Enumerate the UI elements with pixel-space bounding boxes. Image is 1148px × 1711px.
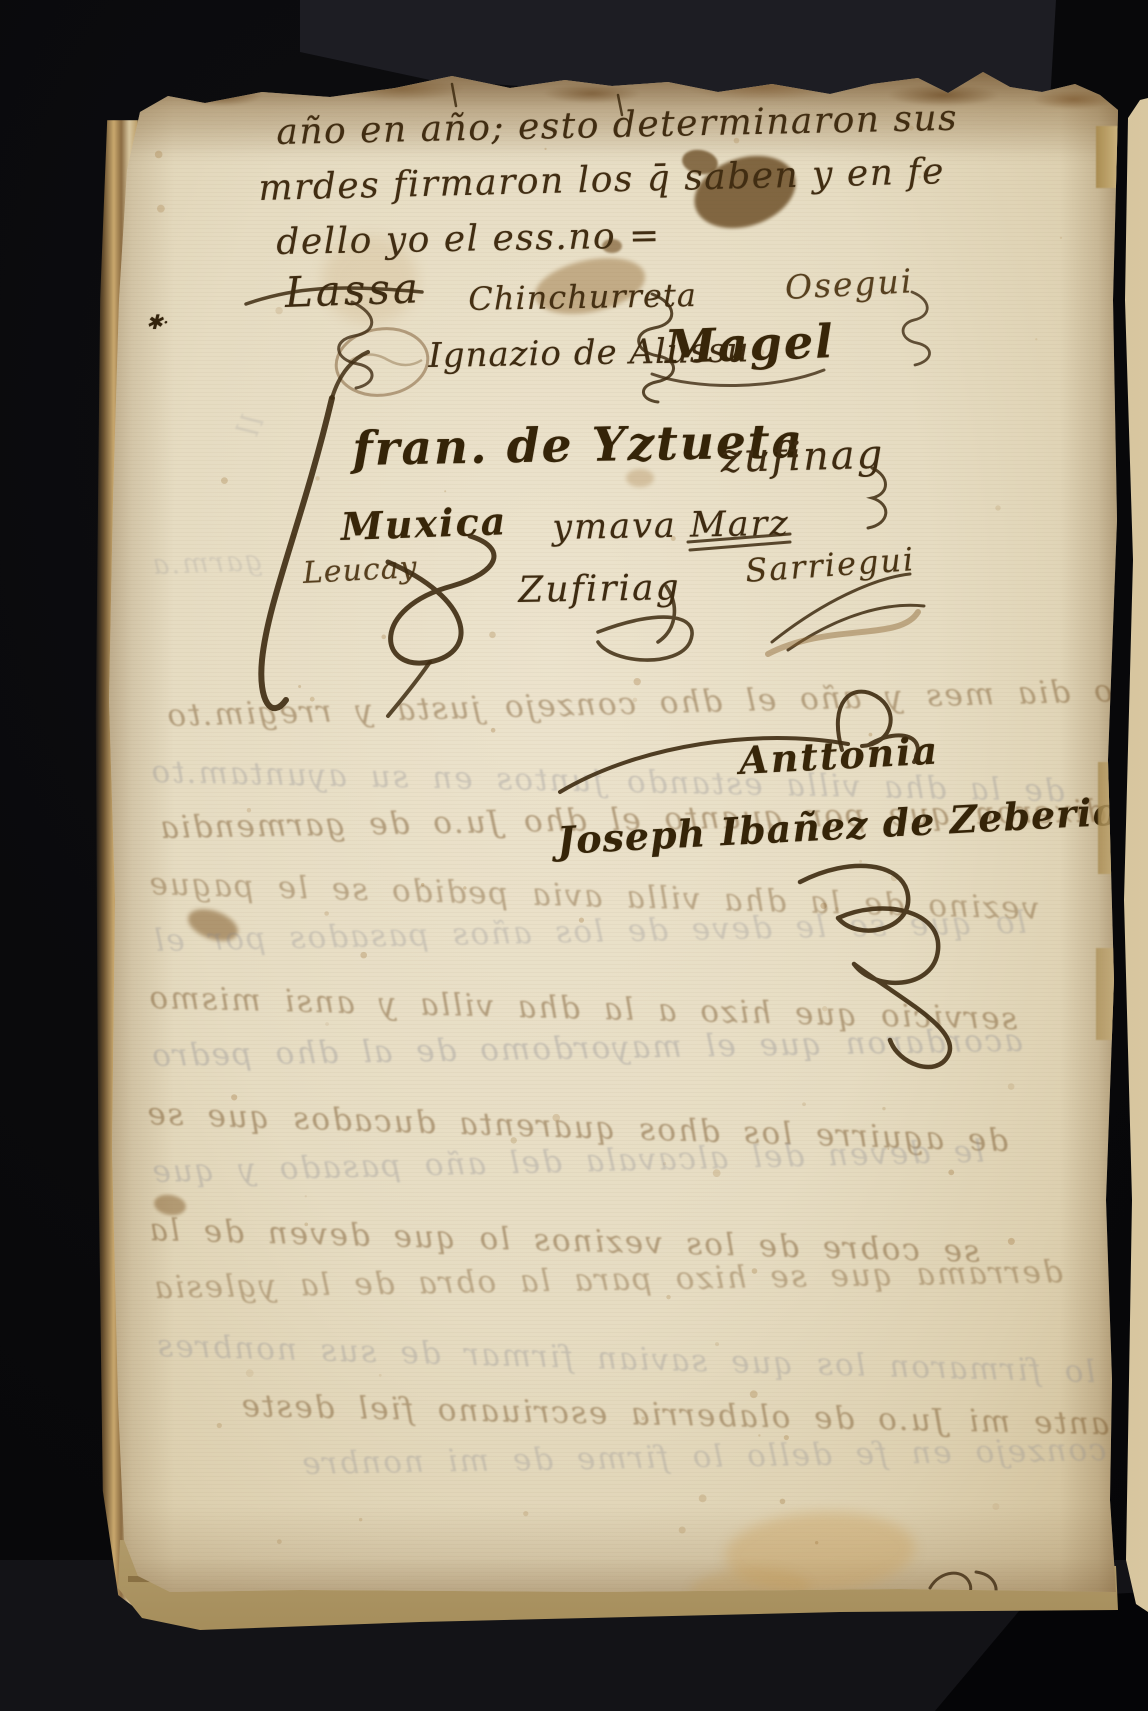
aged-edge-vignette — [104, 70, 1124, 1594]
gutter-paper-flap-low — [1096, 948, 1122, 1040]
gutter-paper-flap-top — [1096, 126, 1124, 188]
manuscript-page: dho dia mes y año el dho conzejo justa y… — [0, 0, 1148, 1711]
manuscript-photo-scene: dho dia mes y año el dho conzejo justa y… — [0, 0, 1148, 1711]
gutter-paper-flap-mid — [1098, 762, 1124, 874]
